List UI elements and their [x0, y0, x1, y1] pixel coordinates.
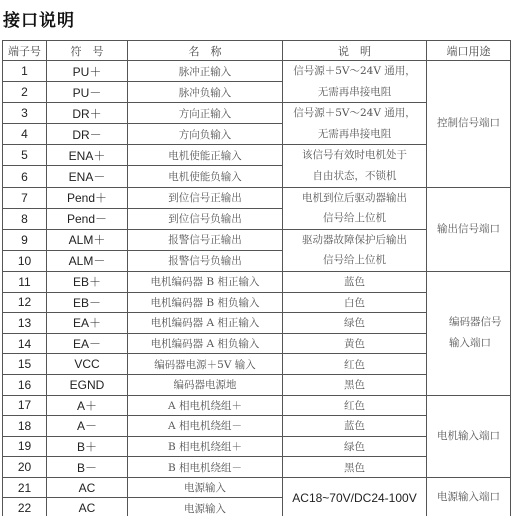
header-description: 说 明	[283, 41, 427, 61]
terminal-description: 电机到位后驱动器输出信号给上位机	[283, 187, 427, 229]
terminal-symbol: ENA－	[47, 166, 128, 187]
terminal-number: 10	[3, 250, 47, 271]
terminal-description: 该信号有效时电机处于自由状态，不锁机	[283, 145, 427, 187]
terminal-symbol: A＋	[47, 395, 128, 416]
terminal-number: 6	[3, 166, 47, 187]
terminal-symbol: A－	[47, 416, 128, 437]
terminal-name: 编码器电源＋5V 输入	[128, 354, 283, 375]
terminal-number: 20	[3, 457, 47, 478]
wire-color: 红色	[283, 354, 427, 375]
terminal-symbol: EA＋	[47, 313, 128, 334]
usage-line: 编码器信号	[449, 312, 510, 333]
wire-color: 白色	[283, 292, 427, 313]
terminal-number: 22	[3, 498, 47, 516]
description-line: 信号给上位机	[283, 208, 426, 229]
port-usage: 编码器信号输入端口	[427, 271, 511, 395]
table-header-row: 端子号 符 号 名 称 说 明 端口用途	[3, 41, 511, 61]
terminal-symbol: EGND	[47, 374, 128, 395]
terminal-number: 5	[3, 145, 47, 166]
terminal-symbol: ALM－	[47, 250, 128, 271]
terminal-symbol: VCC	[47, 354, 128, 375]
wire-color: 黄色	[283, 333, 427, 354]
terminal-number: 12	[3, 292, 47, 313]
terminal-name: 到位信号负输出	[128, 208, 283, 229]
header-name: 名 称	[128, 41, 283, 61]
terminal-symbol: PU－	[47, 82, 128, 103]
description-line: 驱动器故障保护后输出	[283, 230, 426, 251]
wire-color: 蓝色	[283, 271, 427, 292]
terminal-name: 电机编码器 A 相正输入	[128, 313, 283, 334]
terminal-name: 电机使能负输入	[128, 166, 283, 187]
table-row: 21 AC 电源输入 AC18~70V/DC24-100V 电源输入端口	[3, 477, 511, 498]
terminal-number: 9	[3, 229, 47, 250]
table-row: 7 Pend＋ 到位信号正输出 电机到位后驱动器输出信号给上位机 输出信号端口	[3, 187, 511, 208]
terminal-number: 14	[3, 333, 47, 354]
terminal-symbol: PU＋	[47, 61, 128, 82]
terminal-number: 16	[3, 374, 47, 395]
header-port-usage: 端口用途	[427, 41, 511, 61]
terminal-symbol: AC	[47, 498, 128, 516]
description-line: 电机到位后驱动器输出	[283, 188, 426, 209]
terminal-number: 18	[3, 416, 47, 437]
wire-color: 黑色	[283, 374, 427, 395]
page-title: 接口说明	[3, 6, 75, 31]
wire-color: 黑色	[283, 457, 427, 478]
port-usage: 控制信号端口	[427, 61, 511, 188]
terminal-description: 信号源＋5V～24V 通用，无需再串接电阻	[283, 61, 427, 103]
description-line: 自由状态，不锁机	[283, 166, 426, 187]
description-line: 无需再串接电阻	[283, 82, 426, 103]
terminal-name: 电机编码器 A 相负输入	[128, 333, 283, 354]
terminal-number: 13	[3, 313, 47, 334]
terminal-name: 方向负输入	[128, 124, 283, 145]
description-line: 信号给上位机	[283, 250, 426, 271]
terminal-symbol: DR－	[47, 124, 128, 145]
wire-color: 绿色	[283, 313, 427, 334]
terminal-name: B 相电机绕组＋	[128, 436, 283, 457]
terminal-number: 1	[3, 61, 47, 82]
terminal-description: 信号源＋5V～24V 通用，无需再串接电阻	[283, 103, 427, 145]
wire-color: 红色	[283, 395, 427, 416]
usage-line: 输入端口	[449, 333, 510, 354]
terminal-number: 19	[3, 436, 47, 457]
terminal-symbol: B＋	[47, 436, 128, 457]
terminal-name: 脉冲正输入	[128, 61, 283, 82]
terminal-symbol: AC	[47, 477, 128, 498]
port-usage: 输出信号端口	[427, 187, 511, 271]
terminal-name: 编码器电源地	[128, 374, 283, 395]
terminal-name: 报警信号正输出	[128, 229, 283, 250]
table-row: 11 EB＋ 电机编码器 B 相正输入 蓝色 编码器信号输入端口	[3, 271, 511, 292]
port-usage: 电源输入端口	[427, 477, 511, 516]
port-usage: 电机输入端口	[427, 395, 511, 477]
terminal-name: B 相电机绕组－	[128, 457, 283, 478]
terminal-number: 17	[3, 395, 47, 416]
terminal-description: 驱动器故障保护后输出信号给上位机	[283, 229, 427, 271]
interface-table: 端子号 符 号 名 称 说 明 端口用途 1 PU＋ 脉冲正输入 信号源＋5V～…	[2, 40, 511, 516]
terminal-symbol: EA－	[47, 333, 128, 354]
terminal-name: 电机编码器 B 相正输入	[128, 271, 283, 292]
terminal-name: 电机编码器 B 相负输入	[128, 292, 283, 313]
terminal-symbol: ENA＋	[47, 145, 128, 166]
power-spec: AC18~70V/DC24-100V	[283, 477, 427, 516]
header-symbol: 符 号	[47, 41, 128, 61]
description-line: 无需再串接电阻	[283, 124, 426, 145]
terminal-symbol: DR＋	[47, 103, 128, 124]
description-line: 信号源＋5V～24V 通用，	[283, 103, 426, 124]
terminal-number: 4	[3, 124, 47, 145]
terminal-symbol: B－	[47, 457, 128, 478]
terminal-name: A 相电机绕组－	[128, 416, 283, 437]
terminal-name: 电源输入	[128, 498, 283, 516]
wire-color: 蓝色	[283, 416, 427, 437]
terminal-symbol: ALM＋	[47, 229, 128, 250]
terminal-name: 电机使能正输入	[128, 145, 283, 166]
terminal-number: 7	[3, 187, 47, 208]
table-row: 1 PU＋ 脉冲正输入 信号源＋5V～24V 通用，无需再串接电阻 控制信号端口	[3, 61, 511, 82]
terminal-number: 21	[3, 477, 47, 498]
table-row: 17 A＋ A 相电机绕组＋ 红色 电机输入端口	[3, 395, 511, 416]
terminal-number: 8	[3, 208, 47, 229]
terminal-symbol: Pend＋	[47, 187, 128, 208]
terminal-number: 15	[3, 354, 47, 375]
description-line: 信号源＋5V～24V 通用，	[283, 61, 426, 82]
header-terminal-number: 端子号	[3, 41, 47, 61]
terminal-name: 脉冲负输入	[128, 82, 283, 103]
terminal-number: 2	[3, 82, 47, 103]
terminal-name: 电源输入	[128, 477, 283, 498]
terminal-name: 到位信号正输出	[128, 187, 283, 208]
terminal-name: 报警信号负输出	[128, 250, 283, 271]
wire-color: 绿色	[283, 436, 427, 457]
terminal-number: 11	[3, 271, 47, 292]
terminal-symbol: EB－	[47, 292, 128, 313]
terminal-name: 方向正输入	[128, 103, 283, 124]
terminal-number: 3	[3, 103, 47, 124]
terminal-symbol: EB＋	[47, 271, 128, 292]
description-line: 该信号有效时电机处于	[283, 145, 426, 166]
terminal-name: A 相电机绕组＋	[128, 395, 283, 416]
terminal-symbol: Pend－	[47, 208, 128, 229]
